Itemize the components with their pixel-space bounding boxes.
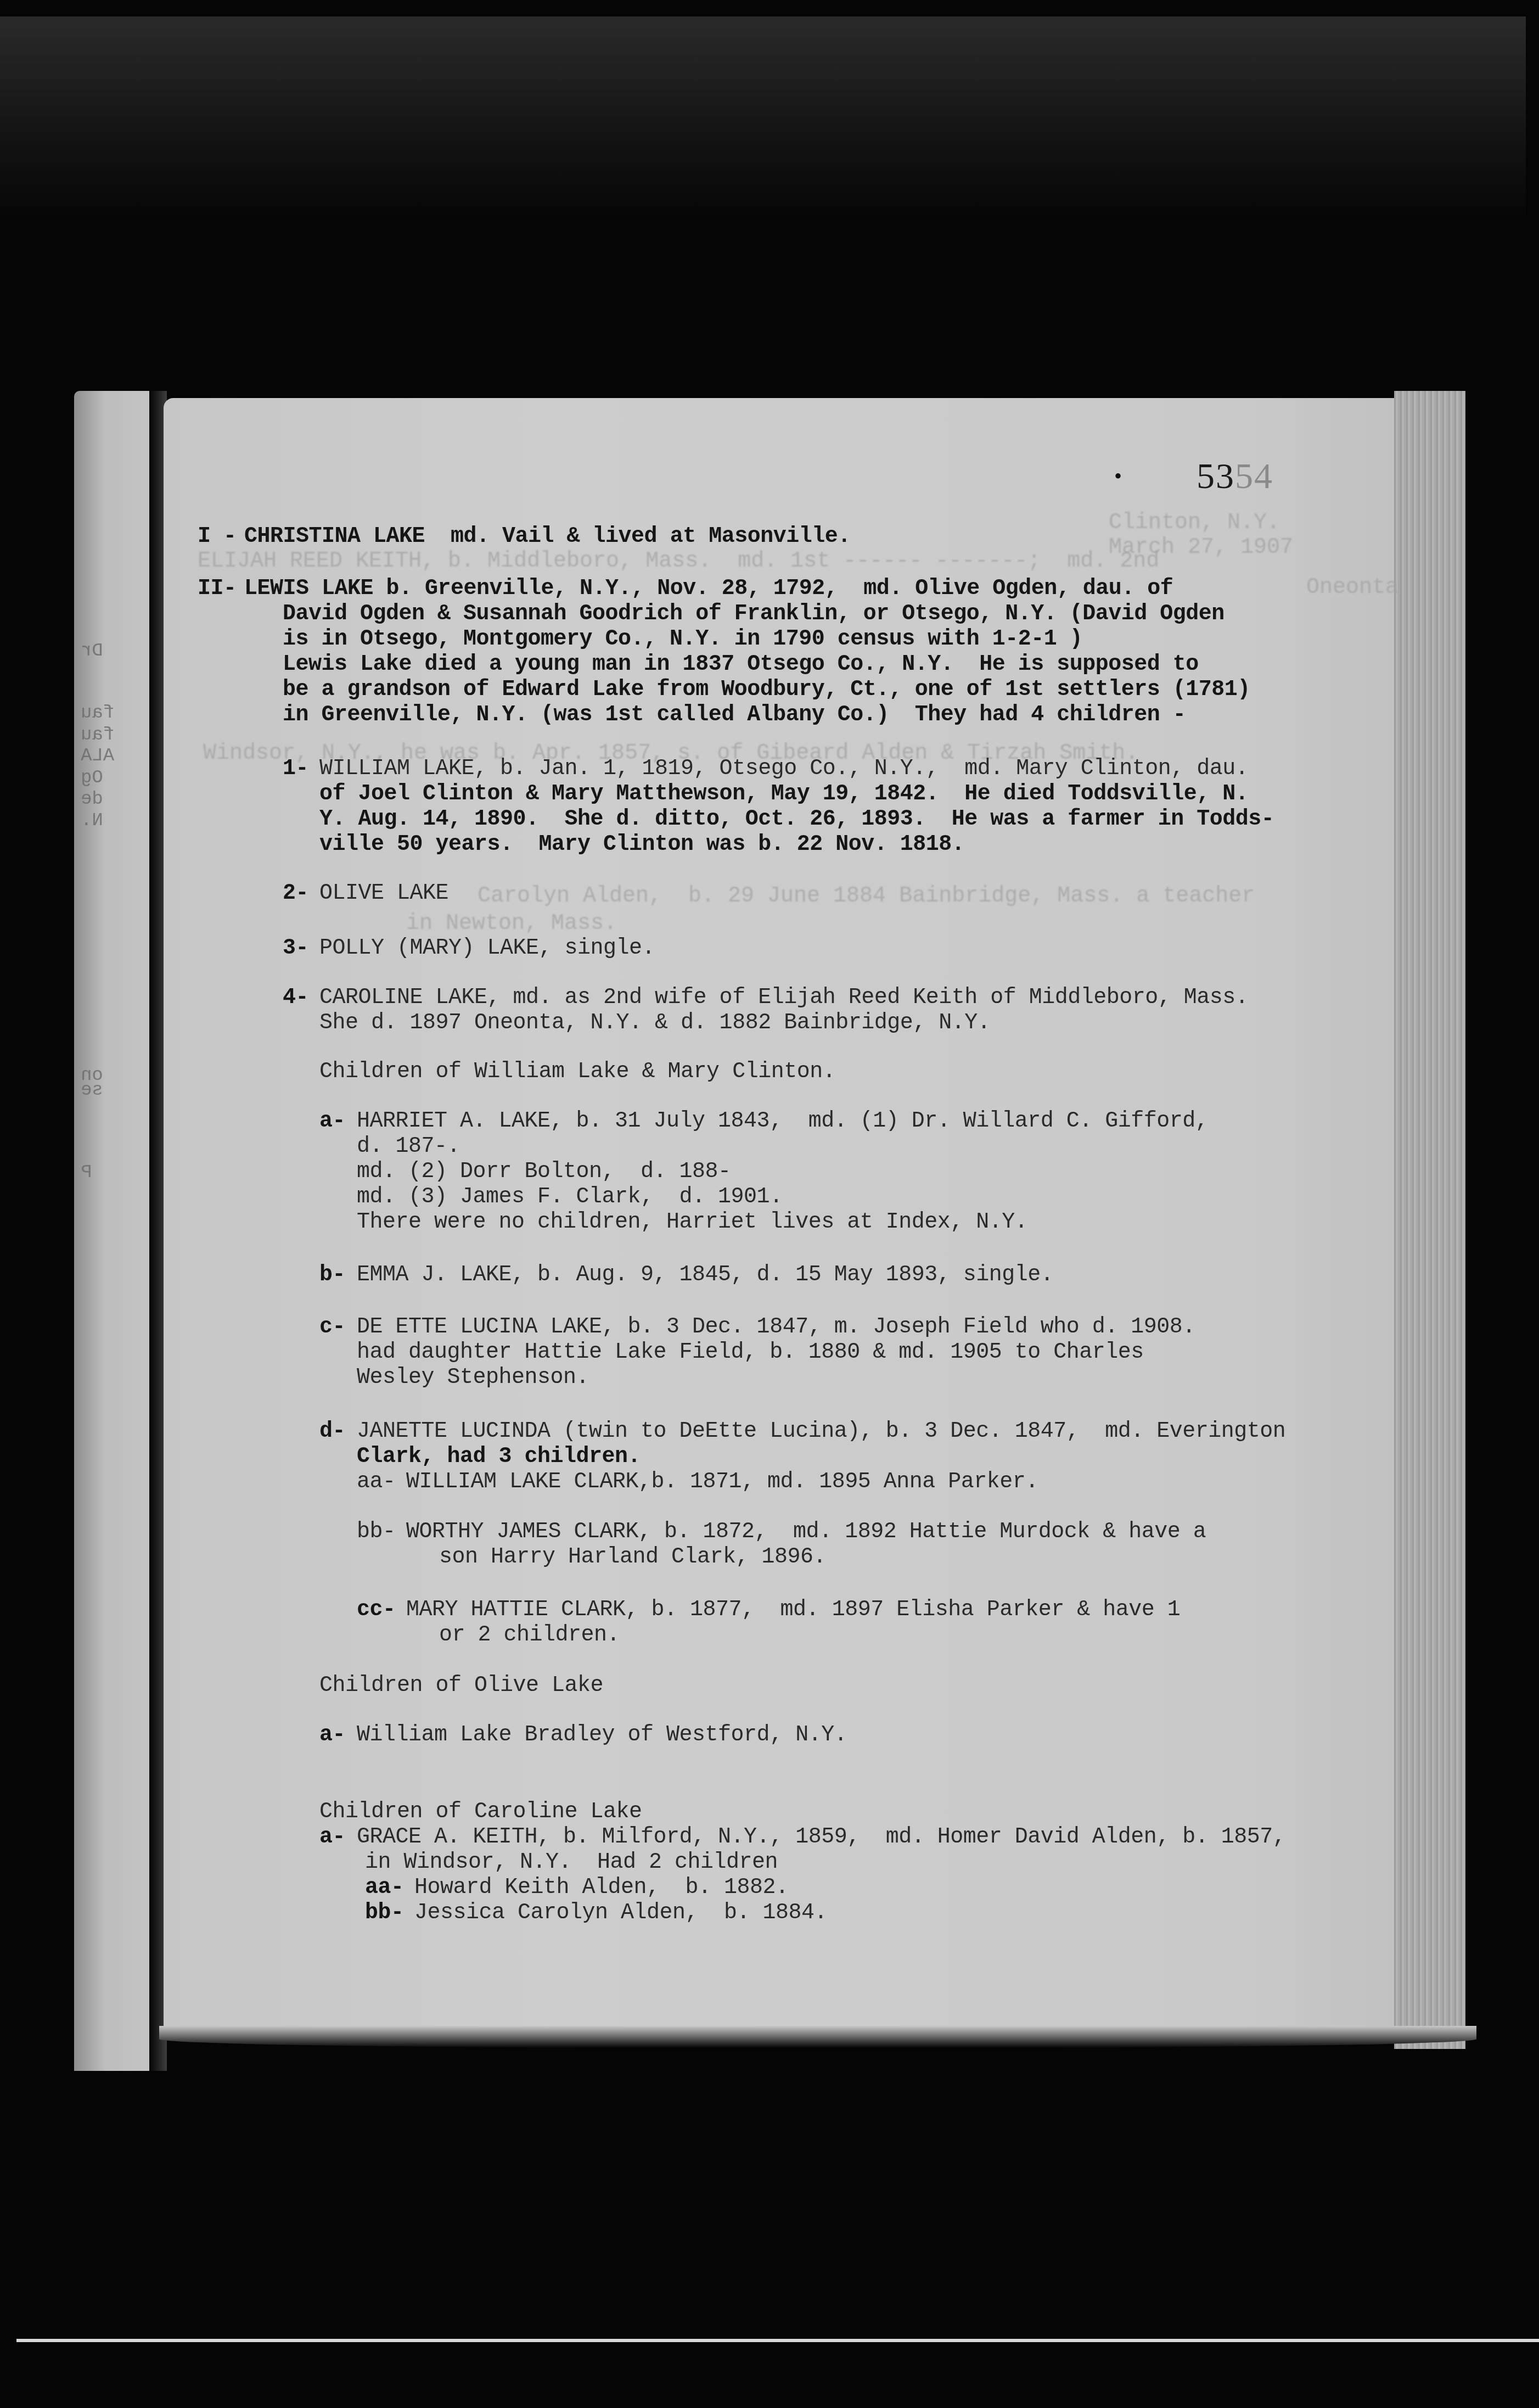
grandchild-harriet-line: d. 187-. (357, 1134, 460, 1160)
great-grandchild-marker: cc- (357, 1598, 396, 1623)
page-number-stamped: 53 (1197, 456, 1235, 496)
bleed-through-line: Carolyn Alden, b. 29 June 1884 Bainbridg… (478, 884, 1255, 909)
child-polly-line: POLLY (MARY) LAKE, single. (319, 936, 655, 961)
great-grandchild-howard: Howard Keith Alden, b. 1882. (414, 1875, 789, 1901)
child-william-line: Y. Aug. 14, 1890. She d. ditto, Oct. 26,… (319, 807, 1274, 832)
child-marker: 2- (283, 881, 308, 906)
grandchild-marker: a- (319, 1109, 345, 1134)
great-grandchild-worthy-line: son Harry Harland Clark, 1896. (439, 1545, 826, 1570)
grandchild-grace-line: GRACE A. KEITH, b. Milford, N.Y., 1859, … (357, 1825, 1285, 1850)
great-grandchild-jessica: Jessica Carolyn Alden, b. 1884. (414, 1901, 827, 1926)
child-marker: 3- (283, 936, 308, 961)
child-william-line: of Joel Clinton & Mary Matthewson, May 1… (319, 782, 1248, 807)
great-grandchild-marker: aa- (357, 1470, 396, 1495)
great-grandchild-worthy-line: WORTHY JAMES CLARK, b. 1872, md. 1892 Ha… (406, 1520, 1206, 1545)
mirror-fragment: Og (81, 768, 103, 788)
entry-lewis-line: Lewis Lake died a young man in 1837 Otse… (283, 652, 1199, 677)
grandchild-marker: a- (319, 1825, 345, 1850)
entry-lewis-line: David Ogden & Susannah Goodrich of Frank… (283, 602, 1225, 627)
great-grandchild-marker: bb- (357, 1520, 396, 1545)
child-marker: 4- (283, 985, 308, 1011)
facing-page-edge: Dr fau fau ALA Og de N. on se P (74, 391, 151, 2071)
great-grandchild-marker: aa- (365, 1875, 404, 1901)
bleed-through-line: ELIJAH REED KEITH, b. Middleboro, Mass. … (198, 549, 1159, 574)
section-heading: Children of Olive Lake (319, 1673, 603, 1699)
entry-lewis-line: is in Otsego, Montgomery Co., N.Y. in 17… (283, 627, 1082, 652)
mirror-fragment: Dr (81, 641, 103, 662)
child-marker: 1- (283, 757, 308, 782)
grandchild-deette-line: Wesley Stephenson. (357, 1365, 589, 1391)
mirror-fragment: se (81, 1080, 103, 1101)
bleed-through-line: Clinton, N.Y. (1109, 511, 1280, 535)
entry-lewis-line: be a grandson of Edward Lake from Woodbu… (283, 677, 1250, 703)
great-grandchild-mary-line: MARY HATTIE CLARK, b. 1877, md. 1897 Eli… (406, 1598, 1180, 1623)
child-caroline-line: CAROLINE LAKE, md. as 2nd wife of Elijah… (319, 985, 1248, 1011)
mirror-fragment: fau (81, 703, 114, 724)
grandchild-deette-line: had daughter Hattie Lake Field, b. 1880 … (357, 1340, 1144, 1365)
child-caroline-line: She d. 1897 Oneonta, N.Y. & d. 1882 Bain… (319, 1011, 990, 1036)
child-william-line: WILLIAM LAKE, b. Jan. 1, 1819, Otsego Co… (319, 757, 1248, 782)
great-grandchild-william-clark: WILLIAM LAKE CLARK,b. 1871, md. 1895 Ann… (406, 1470, 1038, 1495)
entry-marker: I - (198, 524, 237, 550)
grandchild-marker: a- (319, 1723, 345, 1748)
bleed-through-line: in Newton, Mass. (406, 911, 617, 936)
grandchild-deette-line: DE ETTE LUCINA LAKE, b. 3 Dec. 1847, m. … (357, 1315, 1195, 1340)
film-edge-line (16, 2339, 1539, 2342)
grandchild-emma-line: EMMA J. LAKE, b. Aug. 9, 1845, d. 15 May… (357, 1263, 1053, 1288)
page-stack-edges (1394, 391, 1465, 2049)
mirror-fragment: N. (81, 810, 103, 831)
grandchild-janette-line: Clark, had 3 children. (357, 1444, 641, 1470)
page-number-faint: 54 (1235, 456, 1273, 496)
mirror-fragment: ALA (81, 746, 114, 766)
grandchild-grace-line: in Windsor, N.Y. Had 2 children (365, 1850, 778, 1875)
entry-christina: CHRISTINA LAKE md. Vail & lived at Mason… (244, 524, 851, 550)
grandchild-marker: c- (319, 1315, 345, 1340)
grandchild-marker: d- (319, 1419, 345, 1444)
section-heading: Children of William Lake & Mary Clinton. (319, 1060, 835, 1085)
grandchild-william-bradley: William Lake Bradley of Westford, N.Y. (357, 1723, 847, 1748)
page-number: • 5354 (1197, 456, 1273, 497)
film-top-band (0, 16, 1526, 225)
mirror-fragment: P (81, 1162, 92, 1183)
great-grandchild-mary-line: or 2 children. (439, 1623, 620, 1648)
child-olive-line: OLIVE LAKE (319, 881, 448, 906)
mirror-fragment: de (81, 789, 103, 810)
child-william-line: ville 50 years. Mary Clinton was b. 22 N… (319, 832, 964, 858)
entry-marker: II- (198, 576, 237, 602)
page-bottom-curl (159, 2026, 1476, 2048)
ink-mark: • (1114, 463, 1123, 489)
great-grandchild-marker: bb- (365, 1901, 404, 1926)
bleed-through-line: Oneonta (1306, 575, 1398, 600)
grandchild-harriet-line: md. (3) James F. Clark, d. 1901. (357, 1185, 783, 1210)
section-heading: Children of Caroline Lake (319, 1800, 642, 1825)
grandchild-harriet-line: There were no children, Harriet lives at… (357, 1210, 1027, 1235)
grandchild-marker: b- (319, 1263, 345, 1288)
grandchild-harriet-line: md. (2) Dorr Bolton, d. 188- (357, 1160, 731, 1185)
grandchild-janette-line: JANETTE LUCINDA (twin to DeEtte Lucina),… (357, 1419, 1285, 1444)
entry-lewis-line: in Greenville, N.Y. (was 1st called Alba… (283, 703, 1186, 728)
entry-lewis-line: LEWIS LAKE b. Greenville, N.Y., Nov. 28,… (244, 576, 1173, 602)
grandchild-harriet-line: HARRIET A. LAKE, b. 31 July 1843, md. (1… (357, 1109, 1208, 1134)
mirror-fragment: fau (81, 725, 114, 746)
